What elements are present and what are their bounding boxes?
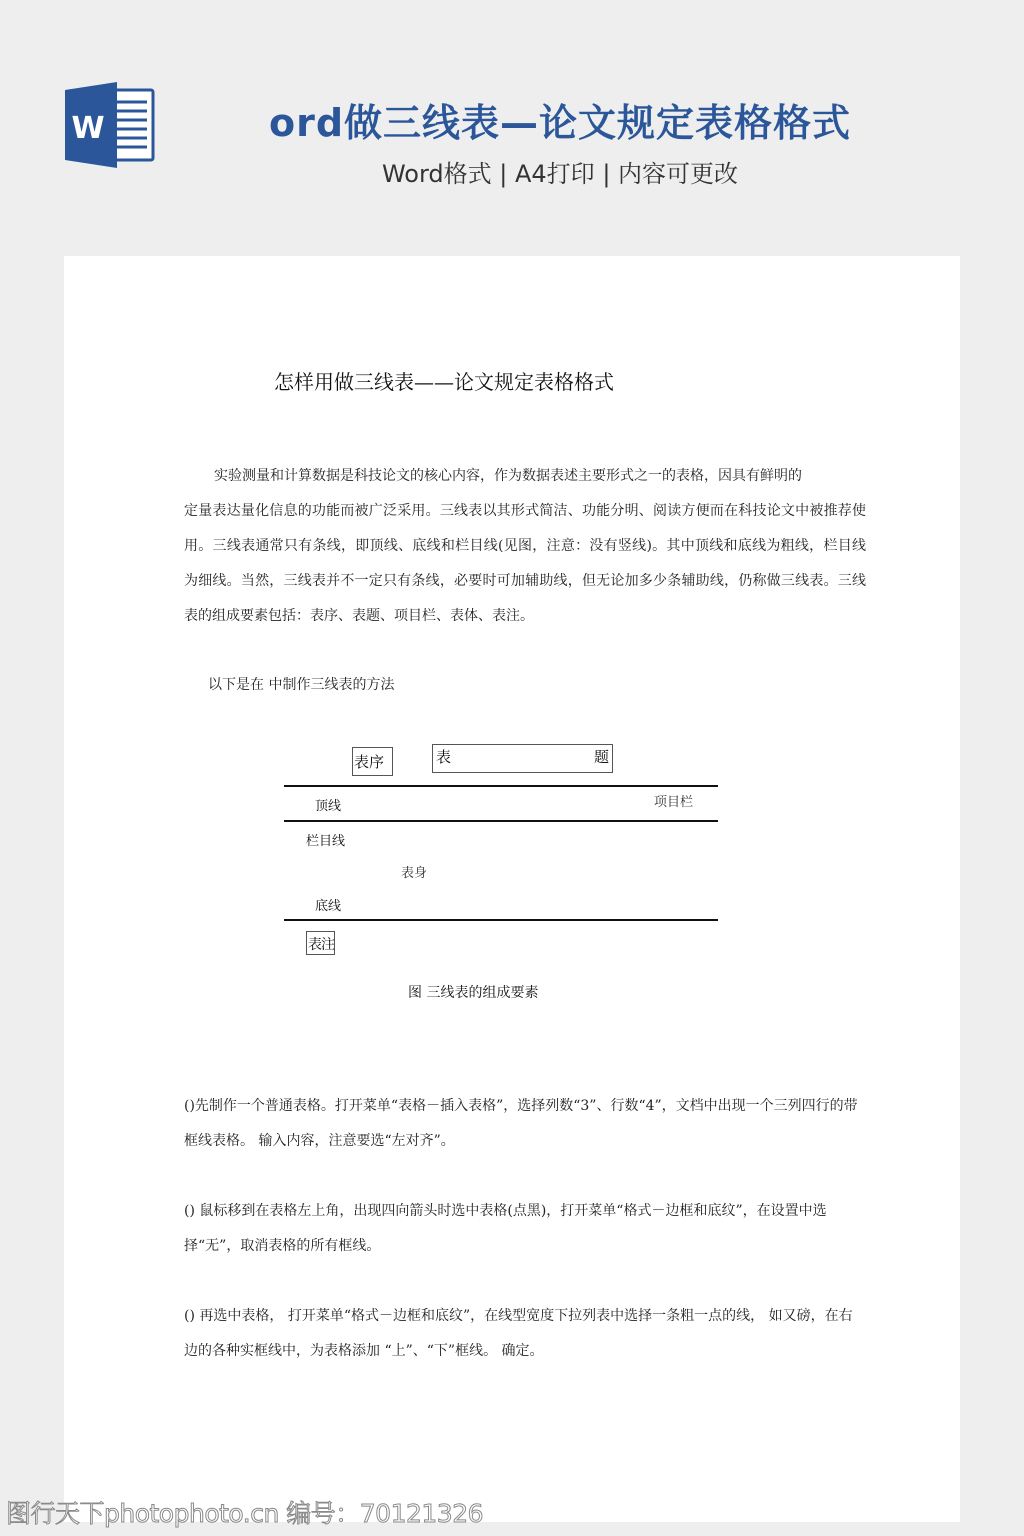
table-title-right: 题 — [594, 746, 609, 771]
bottom-line-label: 底线 — [315, 895, 341, 914]
banner-title: ord做三线表—论文规定表格格式 — [180, 92, 940, 147]
table-number-box: 表序 — [352, 747, 393, 776]
document-title: 怎样用做三线表——论文规定表格格式 — [274, 366, 614, 395]
step-2: () 鼠标移到在表格左上角，出现四向箭头时选中表格(点黑)，打开菜单“格式－边框… — [184, 1194, 866, 1264]
watermark: 图行天下photophoto.cn 编号：70121326 — [6, 1494, 483, 1530]
table-title-box: 表 题 — [432, 744, 613, 773]
top-rule — [284, 785, 718, 787]
intro-paragraph: 实验测量和计算数据是科技论文的核心内容，作为数据表述主要形式之一的表格，因具有鲜… — [184, 459, 866, 634]
table-note-box: 表注 — [306, 931, 335, 955]
header-row-label: 项目栏 — [654, 791, 693, 810]
method-intro: 以下是在 中制作三线表的方法 — [208, 674, 394, 694]
paragraph-body: 定量表达量化信息的功能而被广泛采用。三线表以其形式简洁、功能分明、阅读方便而在科… — [184, 503, 866, 624]
step-3: () 再选中表格， 打开菜单“格式－边框和底纹”，在线型宽度下拉列表中选择一条粗… — [184, 1299, 866, 1369]
bottom-rule — [284, 919, 718, 921]
figure-caption: 图 三线表的组成要素 — [408, 982, 538, 1002]
table-body-label: 表身 — [401, 862, 427, 881]
rule-line-label: 栏目线 — [306, 830, 345, 849]
document-page: 怎样用做三线表——论文规定表格格式 实验测量和计算数据是科技论文的核心内容，作为… — [64, 256, 960, 1522]
paragraph-first-line: 实验测量和计算数据是科技论文的核心内容，作为数据表述主要形式之一的表格，因具有鲜… — [184, 459, 866, 494]
svg-text:W: W — [71, 111, 104, 146]
table-title-left: 表 — [436, 746, 451, 771]
top-line-label: 顶线 — [315, 795, 341, 814]
word-icon: W — [65, 82, 155, 168]
header-rule — [284, 820, 718, 822]
step-1: ()先制作一个普通表格。打开菜单“表格－插入表格”，选择列数“3”、行数“4”，… — [184, 1089, 866, 1159]
banner-subtitle: Word格式 | A4打印 | 内容可更改 — [180, 154, 940, 189]
three-line-table-diagram: 表序 表 题 顶线 项目栏 栏目线 表身 底线 表注 — [284, 741, 719, 961]
